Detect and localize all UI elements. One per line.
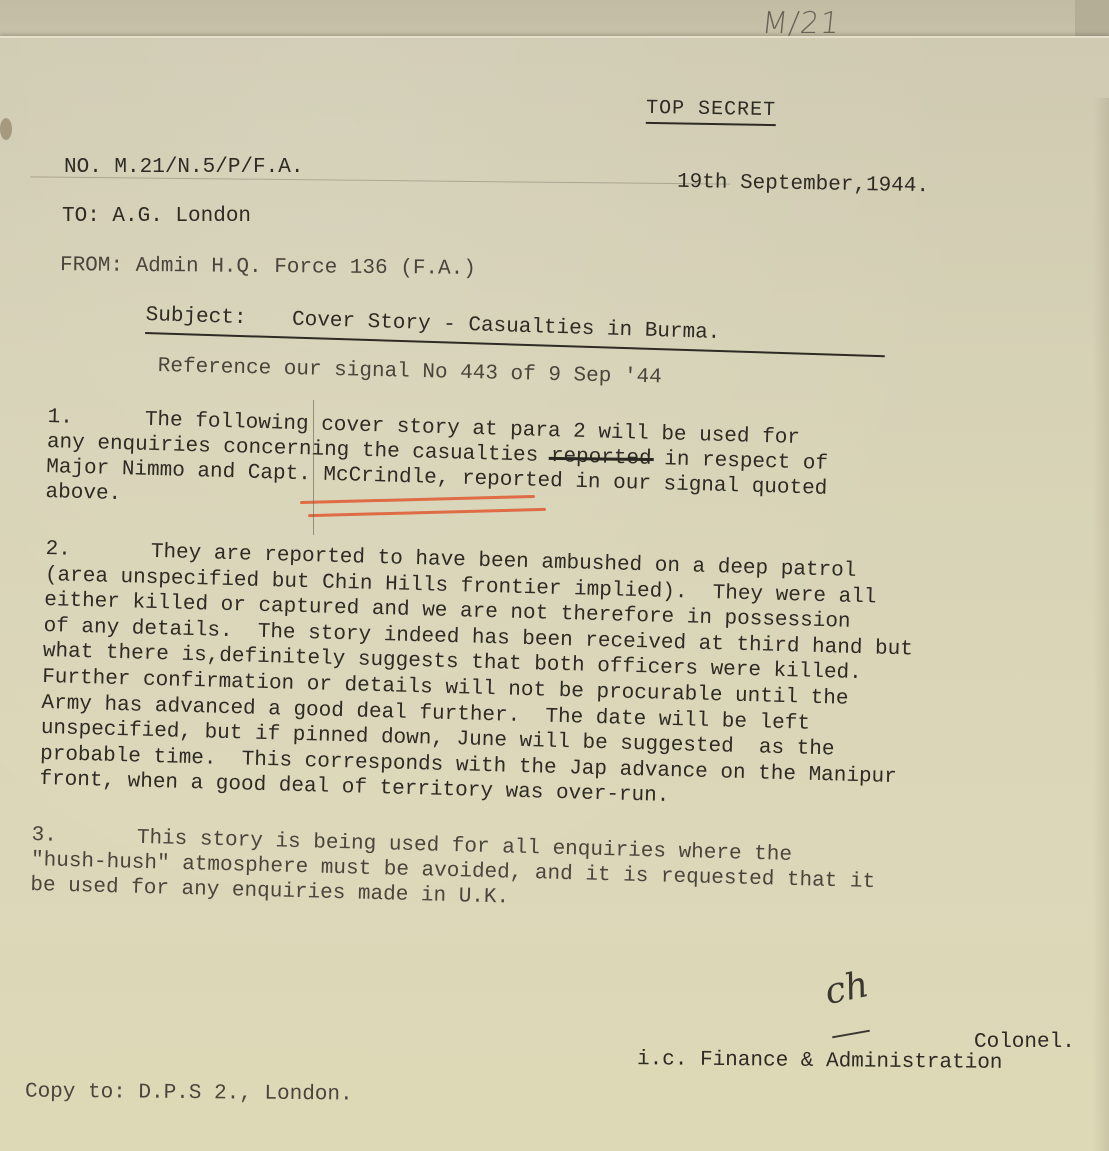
classification-heading: TOP SECRET	[646, 99, 776, 126]
paper-stain	[0, 118, 12, 140]
pencil-margin-line	[313, 400, 314, 535]
paragraph-number: 2.	[45, 538, 71, 562]
signatory-rank: Colonel.	[974, 1032, 1075, 1053]
document-date: 19th September,1944.	[677, 172, 929, 197]
reference-number: NO. M.21/N.5/P/F.A.	[64, 157, 303, 178]
struck-out-word: reported	[551, 444, 652, 472]
sender: FROM: Admin H.Q. Force 136 (F.A.)	[60, 255, 476, 280]
paragraph-2: 2.They are reported to have been ambushe…	[39, 537, 1109, 822]
subject-label: Subject:	[145, 304, 247, 330]
paragraph-number: 1.	[47, 406, 73, 430]
recipient: TO: A.G. London	[62, 206, 251, 227]
paragraph-number: 3.	[31, 824, 57, 848]
copy-to-line: Copy to: D.P.S 2., London.	[25, 1082, 353, 1106]
signatory-title: i.c. Finance & Administration	[637, 1049, 1003, 1074]
